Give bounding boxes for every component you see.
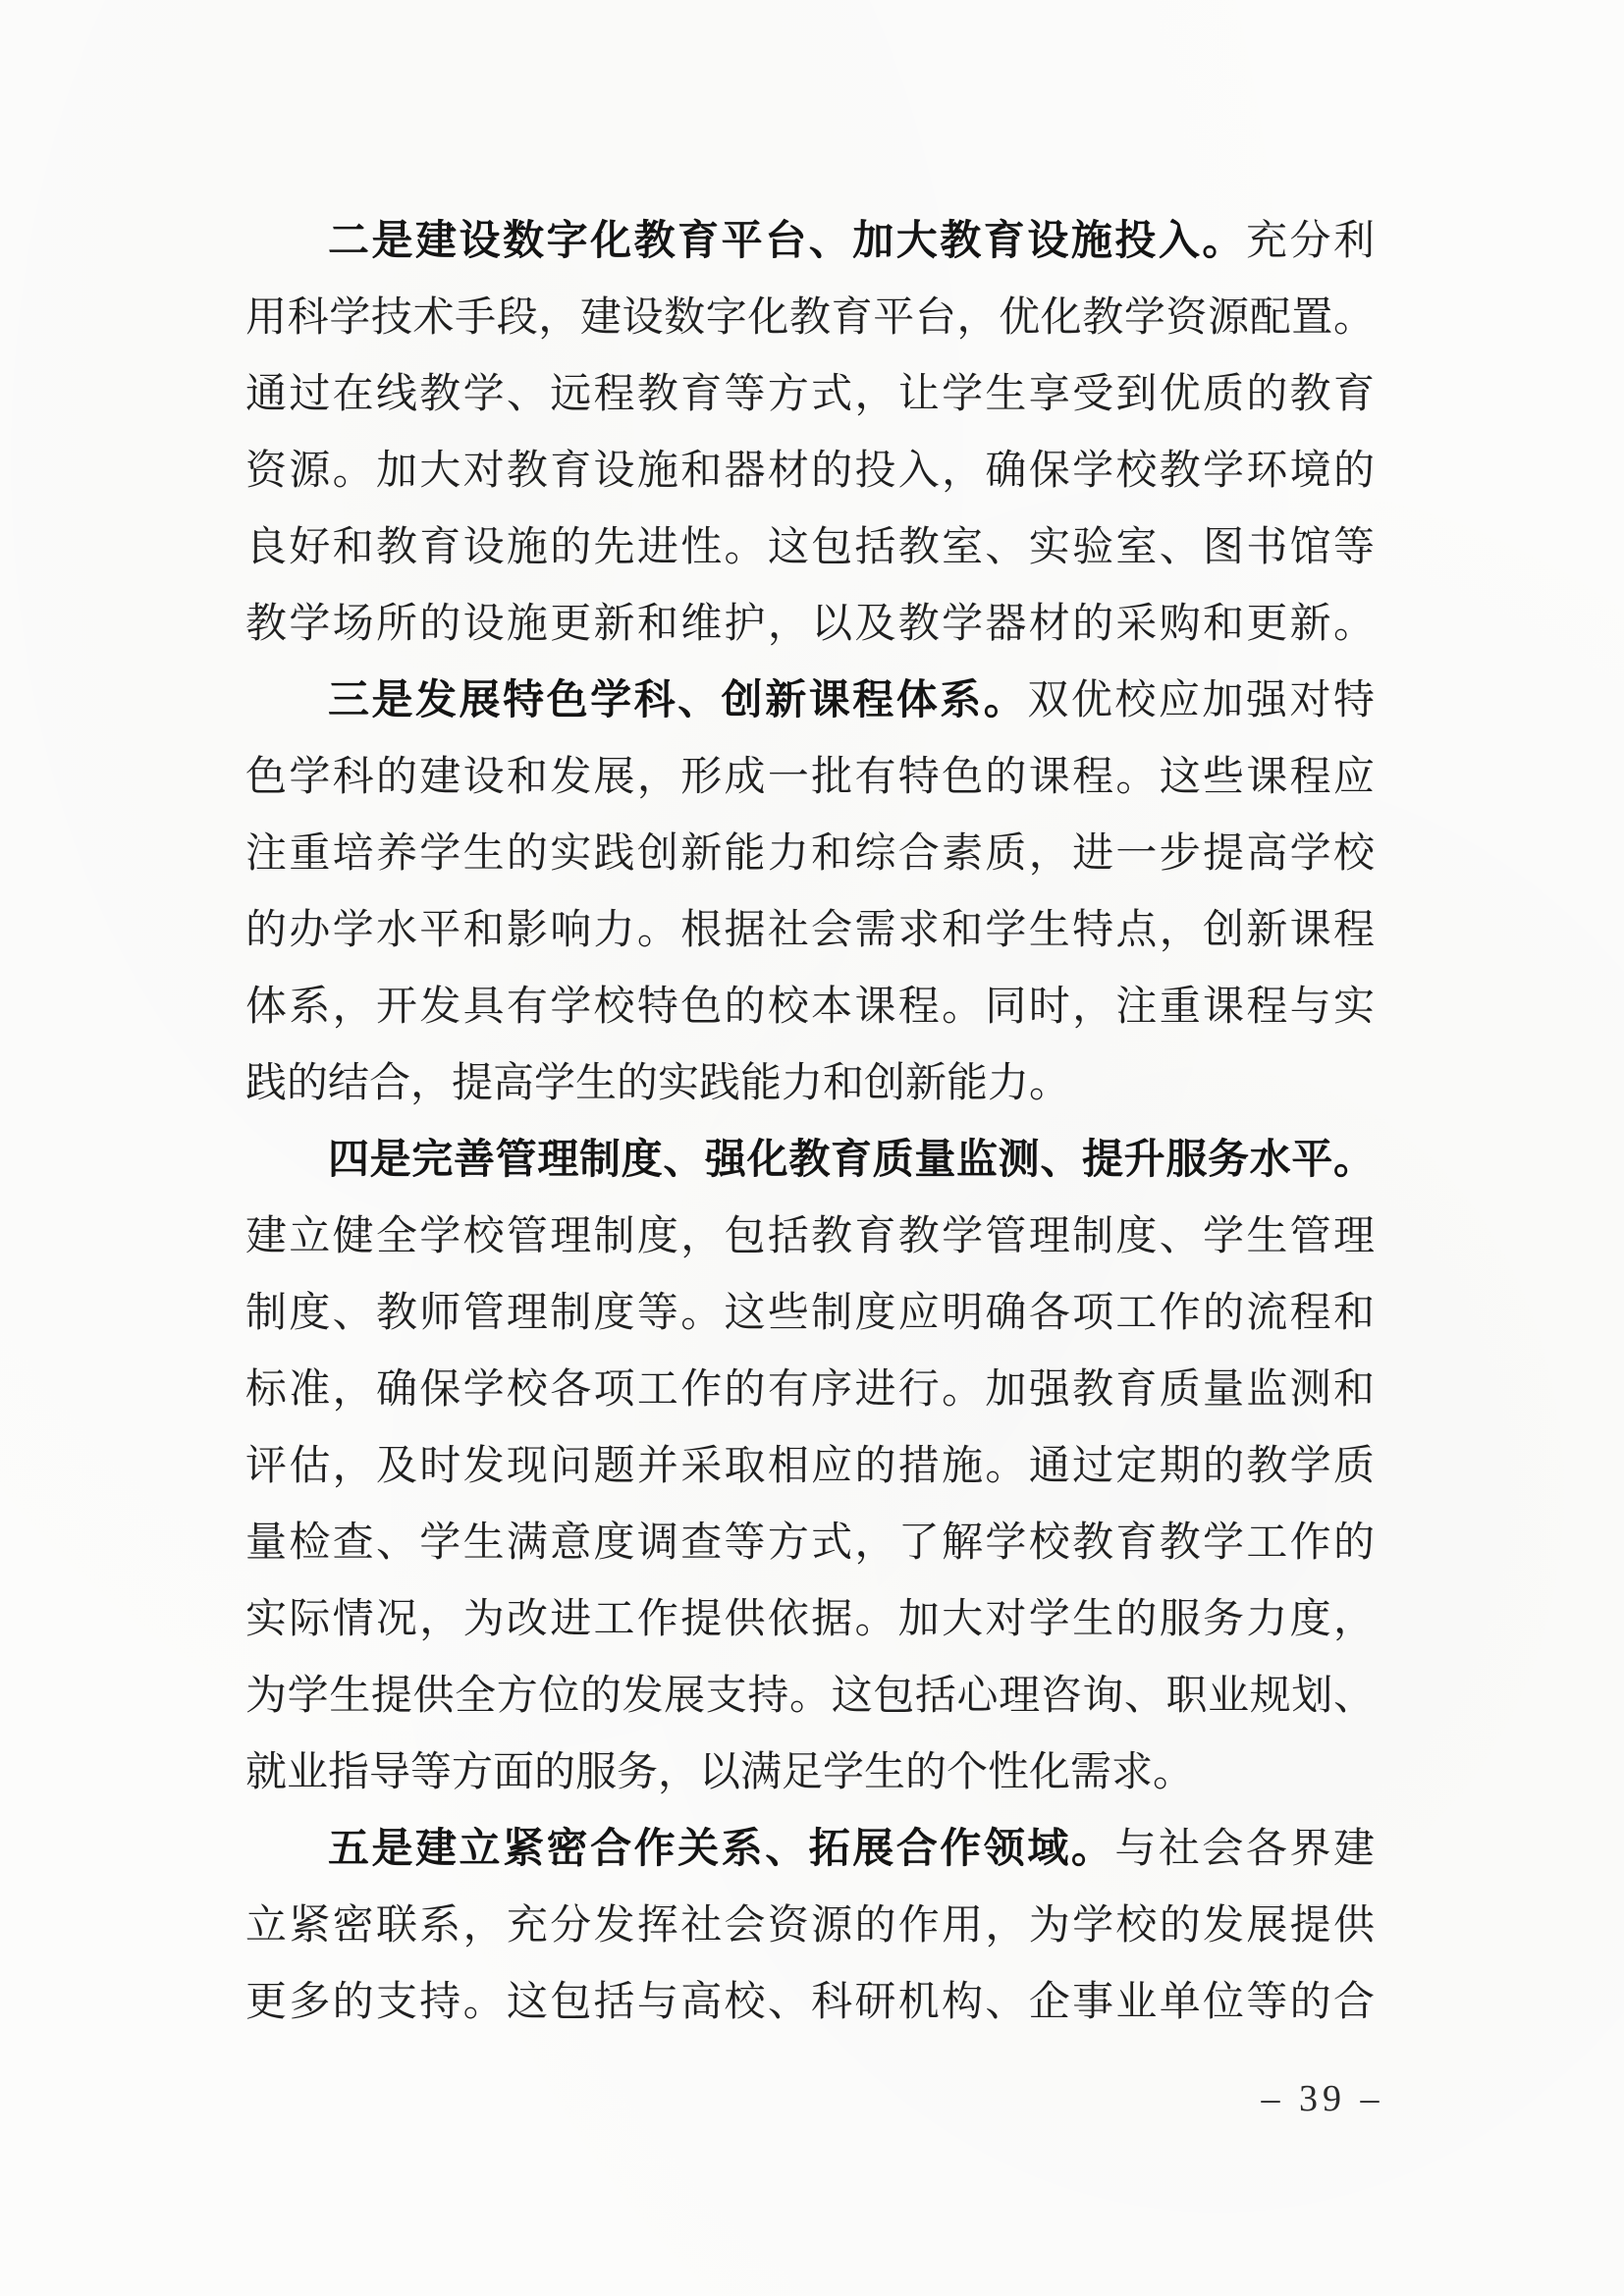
document-line: 注重培养学生的实践创新能力和综合素质，进一步提高学校 [245,816,1375,892]
body-text: 教学场所的设施更新和维护，以及教学器材的采购和更新。 [245,602,1375,647]
body-text: 为学生提供全方位的发展支持。这包括心理咨询、职业规划、 [245,1674,1375,1719]
body-text: 实际情况，为改进工作提供依据。加大对学生的服务力度， [245,1597,1375,1642]
document-line: 通过在线教学、远程教育等方式，让学生享受到优质的教育 [245,356,1375,433]
body-text: 良好和教育设施的先进性。这包括教室、实验室、图书馆等 [245,525,1375,570]
document-line: 标准，确保学校各项工作的有序进行。加强教育质量监测和 [245,1352,1375,1428]
paragraph-4-heading-line: 四是完善管理制度、强化教育质量监测、提升服务水平。 [245,1122,1375,1199]
paragraph-3-heading-line: 三是发展特色学科、创新课程体系。双优校应加强对特 [245,663,1375,739]
document-line: 制度、教师管理制度等。这些制度应明确各项工作的流程和 [245,1275,1375,1352]
document-line: 评估，及时发现问题并采取相应的措施。通过定期的教学质 [245,1428,1375,1505]
body-text: 的办学水平和影响力。根据社会需求和学生特点，创新课程 [245,908,1375,953]
heading-bold-text: 三是发展特色学科、创新课程体系。 [328,678,1027,723]
body-text: 标准，确保学校各项工作的有序进行。加强教育质量监测和 [245,1367,1375,1413]
document-line: 的办学水平和影响力。根据社会需求和学生特点，创新课程 [245,892,1375,969]
document-line: 用科学技术手段，建设数字化教育平台，优化教学资源配置。 [245,280,1375,356]
body-text: 制度、教师管理制度等。这些制度应明确各项工作的流程和 [245,1291,1375,1336]
body-text: 就业指导等方面的服务，以满足学生的个性化需求。 [245,1750,1194,1795]
heading-bold-text: 四是完善管理制度、强化教育质量监测、提升服务水平。 [328,1138,1375,1183]
body-text: 注重培养学生的实践创新能力和综合素质，进一步提高学校 [245,831,1375,877]
document-line: 建立健全学校管理制度，包括教育教学管理制度、学生管理 [245,1199,1375,1275]
heading-bold-text: 二是建设数字化教育平台、加大教育设施投入。 [328,219,1246,264]
document-line: 实际情况，为改进工作提供依据。加大对学生的服务力度， [245,1581,1375,1658]
document-page: 二是建设数字化教育平台、加大教育设施投入。充分利 用科学技术手段，建设数字化教育… [0,0,1624,2296]
page-number: – 39 – [1239,2073,1406,2124]
body-text: 更多的支持。这包括与高校、科研机构、企事业单位等的合 [245,1980,1375,2025]
document-line: 就业指导等方面的服务，以满足学生的个性化需求。 [245,1735,1375,1811]
paragraph-5-heading-line: 五是建立紧密合作关系、拓展合作领域。与社会各界建 [245,1811,1375,1888]
body-text: 通过在线教学、远程教育等方式，让学生享受到优质的教育 [245,372,1375,417]
body-text: 践的结合，提高学生的实践能力和创新能力。 [245,1061,1070,1106]
document-line: 体系，开发具有学校特色的校本课程。同时，注重课程与实 [245,969,1375,1045]
body-text: 量检查、学生满意度调查等方式，了解学校教育教学工作的 [245,1521,1375,1566]
document-line: 量检查、学生满意度调查等方式，了解学校教育教学工作的 [245,1505,1375,1581]
body-text: 充分利 [1246,219,1375,264]
body-text: 体系，开发具有学校特色的校本课程。同时，注重课程与实 [245,985,1375,1030]
body-text: 双优校应加强对特 [1027,678,1375,723]
document-line: 更多的支持。这包括与高校、科研机构、企事业单位等的合 [245,1964,1375,2041]
document-line: 践的结合，提高学生的实践能力和创新能力。 [245,1045,1375,1122]
paragraph-2-heading-line: 二是建设数字化教育平台、加大教育设施投入。充分利 [245,203,1375,280]
document-text-block: 二是建设数字化教育平台、加大教育设施投入。充分利 用科学技术手段，建设数字化教育… [245,203,1375,2041]
document-line: 教学场所的设施更新和维护，以及教学器材的采购和更新。 [245,586,1375,663]
document-line: 为学生提供全方位的发展支持。这包括心理咨询、职业规划、 [245,1658,1375,1735]
body-text: 色学科的建设和发展，形成一批有特色的课程。这些课程应 [245,755,1375,800]
document-line: 立紧密联系，充分发挥社会资源的作用，为学校的发展提供 [245,1888,1375,1964]
body-text: 用科学技术手段，建设数字化教育平台，优化教学资源配置。 [245,295,1375,341]
body-text: 与社会各界建 [1114,1827,1375,1872]
body-text: 评估，及时发现问题并采取相应的措施。通过定期的教学质 [245,1444,1375,1489]
body-text: 立紧密联系，充分发挥社会资源的作用，为学校的发展提供 [245,1903,1375,1949]
document-line: 良好和教育设施的先进性。这包括教室、实验室、图书馆等 [245,509,1375,586]
document-line: 色学科的建设和发展，形成一批有特色的课程。这些课程应 [245,739,1375,816]
body-text: 资源。加大对教育设施和器材的投入，确保学校教学环境的 [245,449,1375,494]
heading-bold-text: 五是建立紧密合作关系、拓展合作领域。 [328,1827,1114,1872]
document-line: 资源。加大对教育设施和器材的投入，确保学校教学环境的 [245,433,1375,509]
body-text: 建立健全学校管理制度，包括教育教学管理制度、学生管理 [245,1214,1375,1259]
